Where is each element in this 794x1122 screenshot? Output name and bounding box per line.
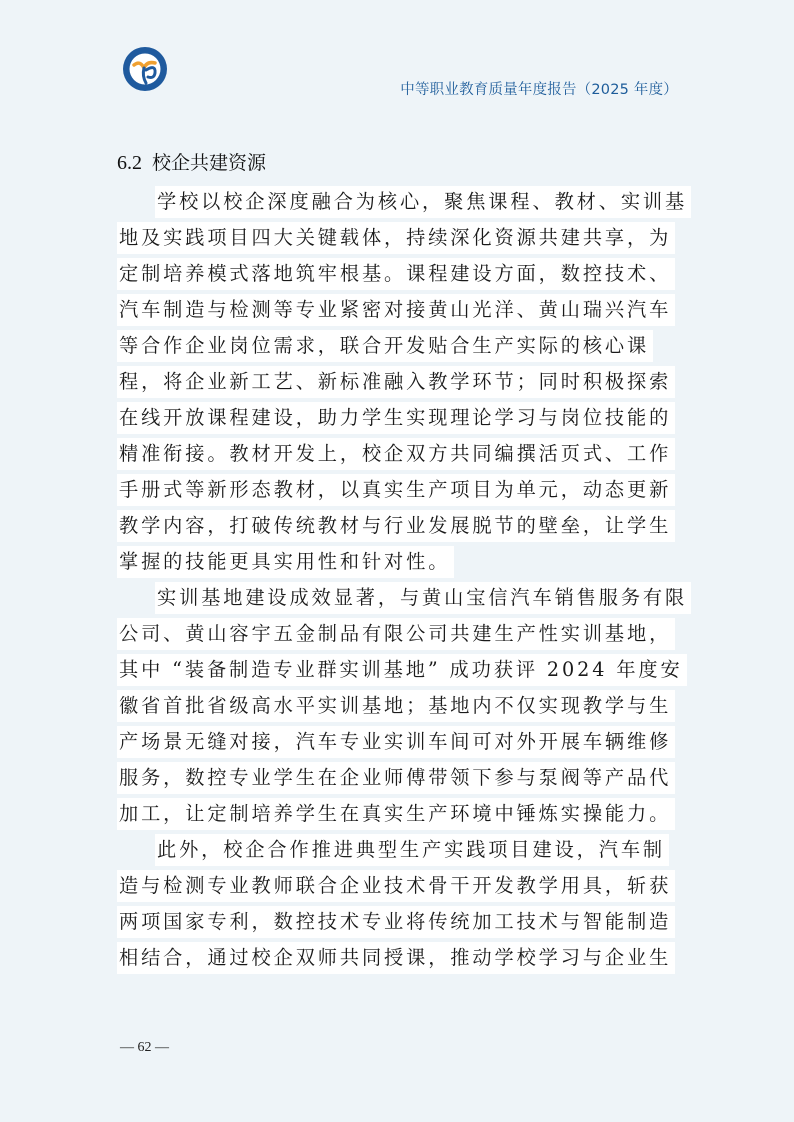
text-line-content: 其中 “装备制造专业群实训基地” 成功获评 2024 年度安 — [117, 654, 687, 686]
text-line: 学校以校企深度融合为核心，聚焦课程、教材、实训基 — [117, 186, 687, 222]
body-text: 学校以校企深度融合为核心，聚焦课程、教材、实训基地及实践项目四大关键载体，持续深… — [117, 186, 687, 978]
text-line-content: 学校以校企深度融合为核心，聚焦课程、教材、实训基 — [155, 186, 691, 218]
text-line-content: 公司、黄山容宇五金制品有限公司共建生产性实训基地， — [117, 618, 675, 650]
school-emblem-icon — [122, 46, 168, 92]
text-line: 相结合，通过校企双师共同授课，推动学校学习与企业生 — [117, 942, 687, 978]
text-line: 地及实践项目四大关键载体，持续深化资源共建共享，为 — [117, 222, 687, 258]
text-line: 公司、黄山容宇五金制品有限公司共建生产性实训基地， — [117, 618, 687, 654]
report-header-title: 中等职业教育质量年度报告（2025 年度） — [400, 78, 678, 99]
text-line-content: 服务，数控专业学生在企业师傅带领下参与泵阀等产品代 — [117, 762, 675, 794]
text-line-content: 汽车制造与检测等专业紧密对接黄山光洋、黄山瑞兴汽车 — [117, 294, 675, 326]
text-line: 加工，让定制培养学生在真实生产环境中锤炼实操能力。 — [117, 798, 687, 834]
text-line-content: 实训基地建设成效显著，与黄山宝信汽车销售服务有限 — [155, 582, 691, 614]
text-line-content: 在线开放课程建设，助力学生实现理论学习与岗位技能的 — [117, 402, 675, 434]
text-line-content: 造与检测专业教师联合企业技术骨干开发教学用具，斩获 — [117, 870, 675, 902]
section-heading: 6.2校企共建资源 — [117, 148, 266, 175]
text-line-content: 两项国家专利，数控技术专业将传统加工技术与智能制造 — [117, 906, 675, 938]
text-line: 服务，数控专业学生在企业师傅带领下参与泵阀等产品代 — [117, 762, 687, 798]
text-line-content: 此外，校企合作推进典型生产实践项目建设，汽车制 — [155, 834, 669, 866]
text-line: 此外，校企合作推进典型生产实践项目建设，汽车制 — [117, 834, 687, 870]
text-line-content: 相结合，通过校企双师共同授课，推动学校学习与企业生 — [117, 942, 675, 974]
text-line-content: 教学内容，打破传统教材与行业发展脱节的壁垒，让学生 — [117, 510, 675, 542]
text-line: 等合作企业岗位需求，联合开发贴合生产实际的核心课 — [117, 330, 687, 366]
text-line-content: 加工，让定制培养学生在真实生产环境中锤炼实操能力。 — [117, 798, 675, 830]
text-line: 精准衔接。教材开发上，校企双方共同编撰活页式、工作 — [117, 438, 687, 474]
text-line: 产场景无缝对接，汽车专业实训车间可对外开展车辆维修 — [117, 726, 687, 762]
text-line-content: 地及实践项目四大关键载体，持续深化资源共建共享，为 — [117, 222, 675, 254]
text-line-content: 程，将企业新工艺、新标准融入教学环节；同时积极探索 — [117, 366, 675, 398]
text-line-content: 定制培养模式落地筑牢根基。课程建设方面，数控技术、 — [117, 258, 675, 290]
text-line: 手册式等新形态教材，以真实生产项目为单元，动态更新 — [117, 474, 687, 510]
text-line: 教学内容，打破传统教材与行业发展脱节的壁垒，让学生 — [117, 510, 687, 546]
text-line-content: 精准衔接。教材开发上，校企双方共同编撰活页式、工作 — [117, 438, 675, 470]
text-line-content: 产场景无缝对接，汽车专业实训车间可对外开展车辆维修 — [117, 726, 675, 758]
text-line-content: 徽省首批省级高水平实训基地；基地内不仅实现教学与生 — [117, 690, 675, 722]
section-number: 6.2 — [117, 152, 142, 174]
text-line: 定制培养模式落地筑牢根基。课程建设方面，数控技术、 — [117, 258, 687, 294]
text-line-content: 等合作企业岗位需求，联合开发贴合生产实际的核心课 — [117, 330, 653, 362]
section-title: 校企共建资源 — [152, 152, 266, 174]
text-line: 在线开放课程建设，助力学生实现理论学习与岗位技能的 — [117, 402, 687, 438]
text-line: 其中 “装备制造专业群实训基地” 成功获评 2024 年度安 — [117, 654, 687, 690]
text-line: 两项国家专利，数控技术专业将传统加工技术与智能制造 — [117, 906, 687, 942]
page-number: — 62 — — [120, 1040, 169, 1056]
text-line-content: 手册式等新形态教材，以真实生产项目为单元，动态更新 — [117, 474, 675, 506]
text-line: 实训基地建设成效显著，与黄山宝信汽车销售服务有限 — [117, 582, 687, 618]
text-line-content: 掌握的技能更具实用性和针对性。 — [117, 546, 454, 578]
text-line: 掌握的技能更具实用性和针对性。 — [117, 546, 687, 582]
text-line: 程，将企业新工艺、新标准融入教学环节；同时积极探索 — [117, 366, 687, 402]
text-line: 汽车制造与检测等专业紧密对接黄山光洋、黄山瑞兴汽车 — [117, 294, 687, 330]
text-line: 徽省首批省级高水平实训基地；基地内不仅实现教学与生 — [117, 690, 687, 726]
text-line: 造与检测专业教师联合企业技术骨干开发教学用具，斩获 — [117, 870, 687, 906]
